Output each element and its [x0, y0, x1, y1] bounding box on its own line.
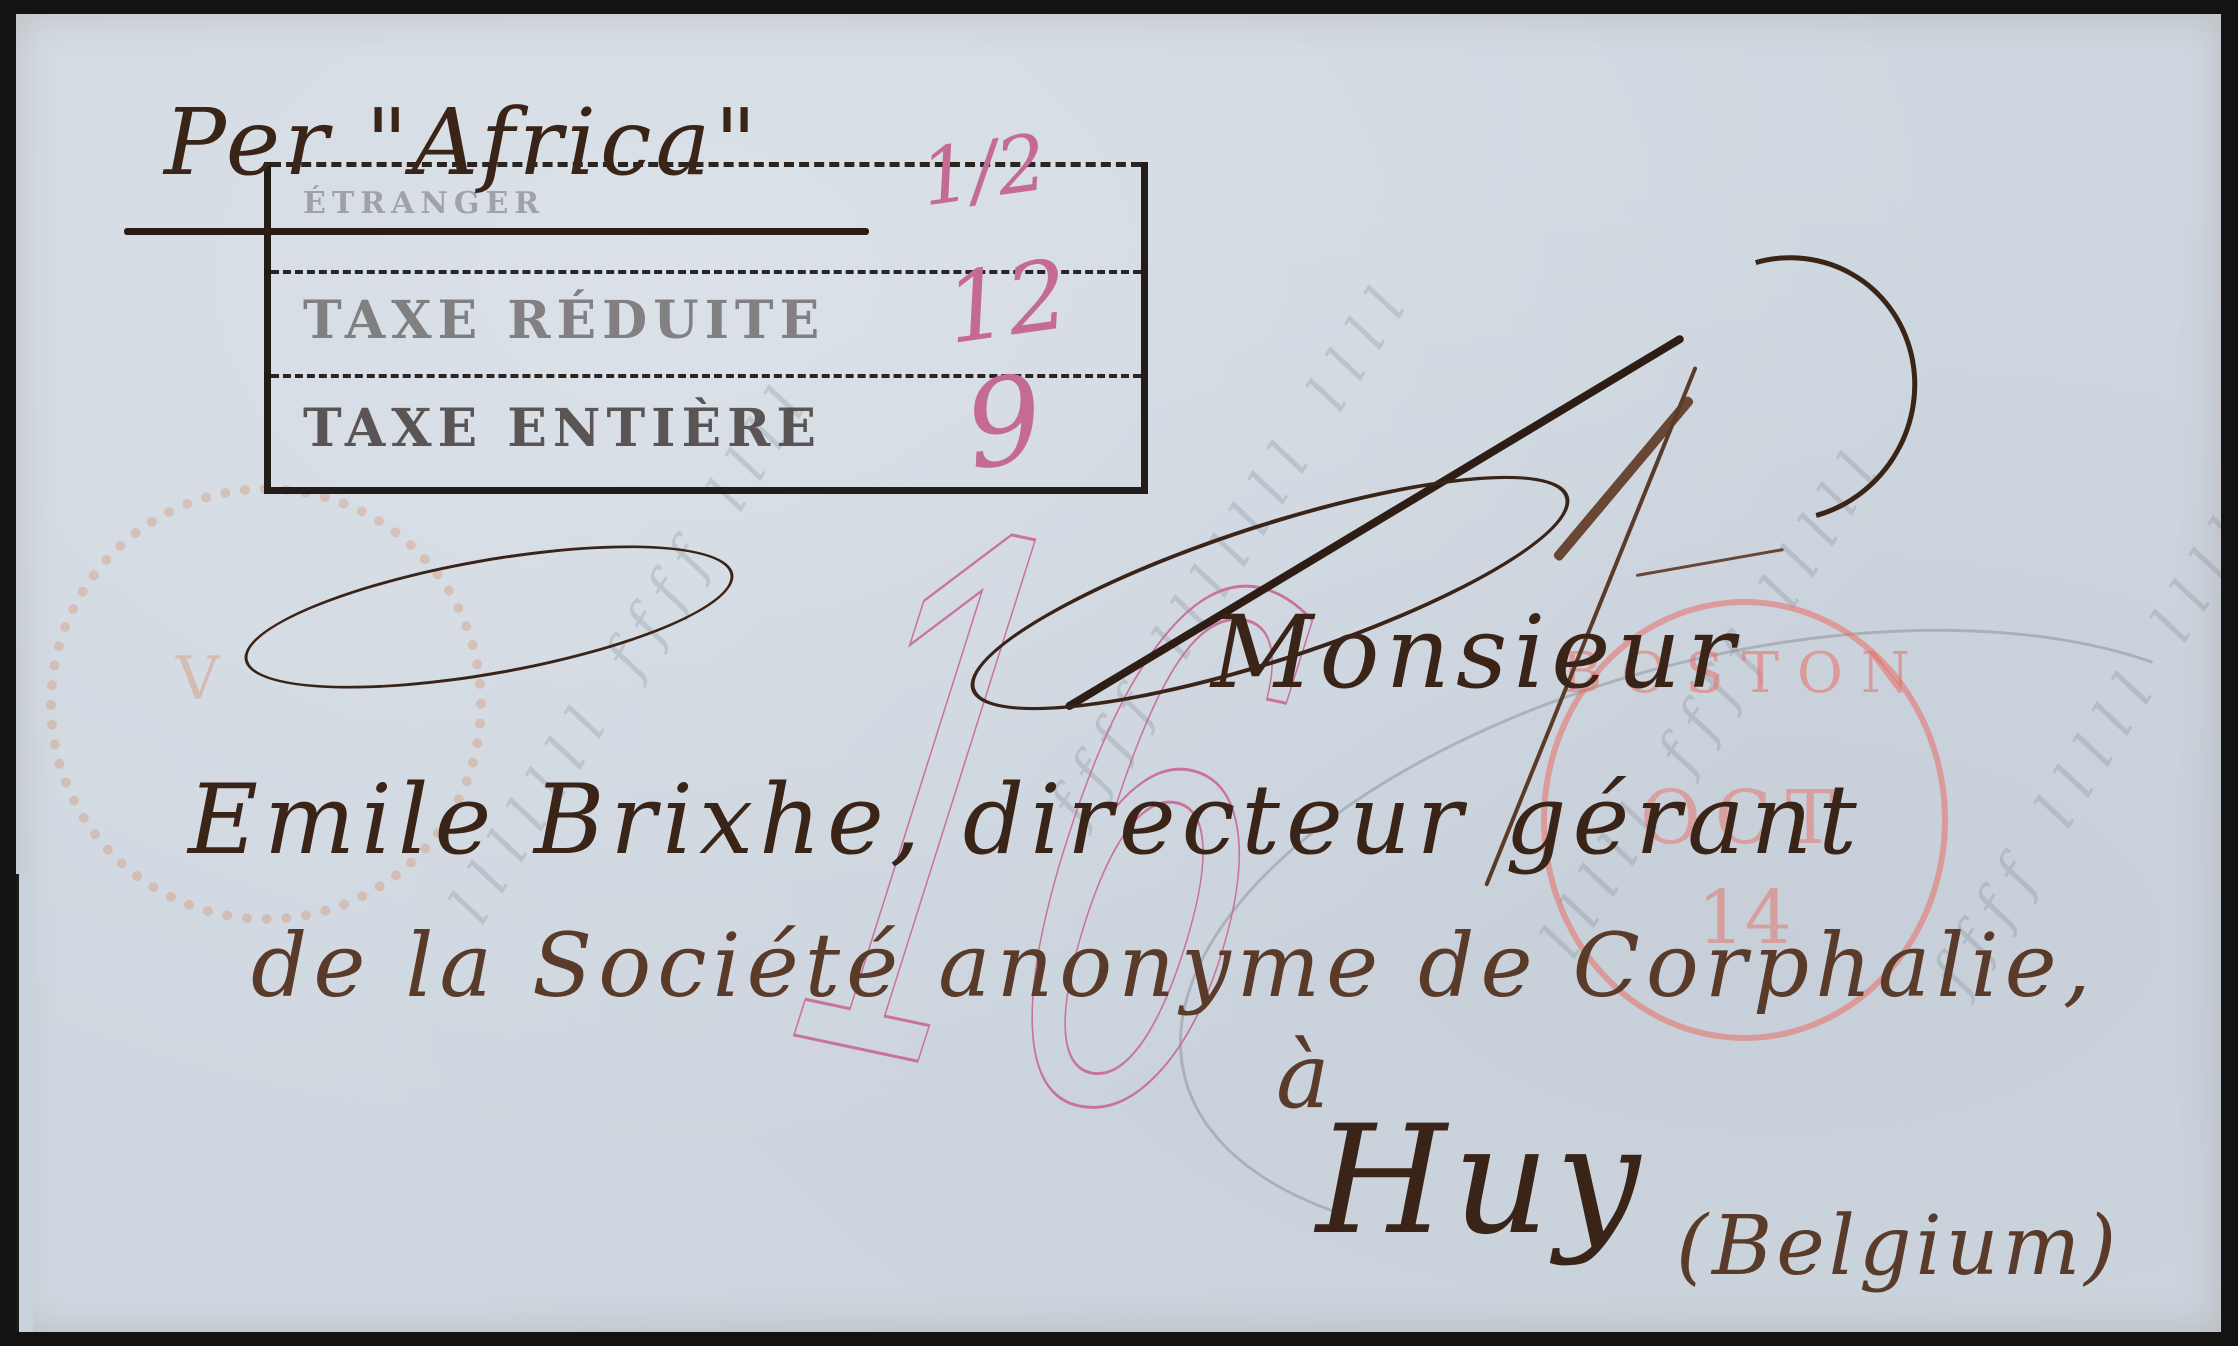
pink-fraction-marking: 1/2	[915, 118, 1052, 225]
address-line-1: Emile Brixhe, directeur gérant	[188, 764, 1863, 876]
address-city: Huy	[1316, 1094, 1646, 1268]
endorsement-underline	[124, 228, 869, 235]
address-line-2: de la Société anonyme de Corphalie,	[251, 914, 2097, 1017]
address-salutation: Monsieur	[1211, 594, 1741, 711]
box-stamp-line-3: TAXE ENTIÈRE	[303, 398, 822, 459]
pink-rate-12: 12	[939, 238, 1076, 366]
route-endorsement: Per "Africa"	[164, 89, 761, 196]
paper-edge-fold	[16, 874, 33, 1332]
address-country: (Belgium)	[1676, 1199, 2120, 1294]
envelope-cover: lllllll ffff llll ffff lllllll llll llll…	[16, 14, 2221, 1332]
box-stamp-line-2: TAXE RÉDUITE	[303, 290, 825, 351]
